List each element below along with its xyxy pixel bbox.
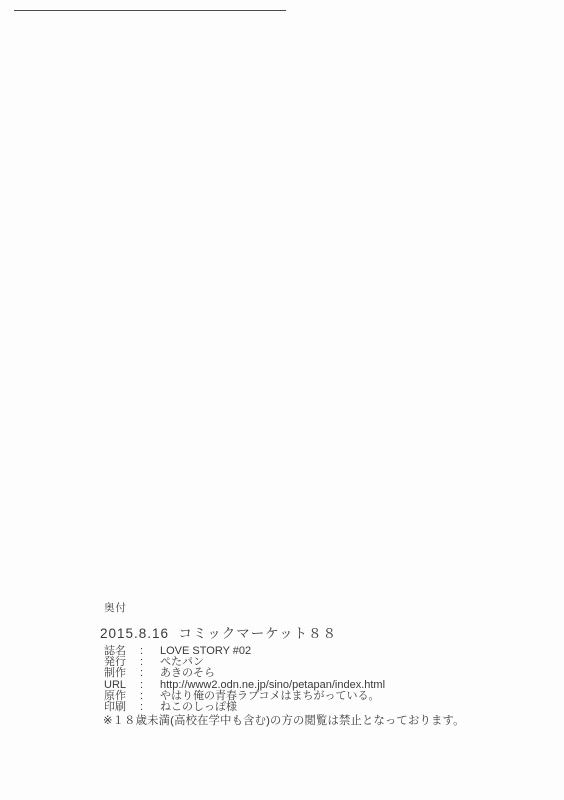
colophon-row: 原作 : やはり俺の青春ラブコメはまちがっている。 [104, 691, 385, 702]
colophon-page: 奥付 2015.8.16 コミックマーケット８８ 誌名 : LOVE STORY… [0, 0, 564, 800]
colophon-heading: 奥付 [104, 600, 127, 615]
colophon-row-separator: : [140, 668, 160, 679]
colophon-row-separator: : [140, 657, 160, 668]
age-restriction-notice: ※１８歳未満(高校在学中も含む)の方の閲覧は禁止となっております。 [103, 712, 465, 728]
colophon-row: 誌名 : LOVE STORY #02 [104, 646, 385, 657]
top-scan-line [14, 10, 286, 11]
event-date-line: 2015.8.16 コミックマーケット８８ [100, 622, 337, 642]
colophon-table: 誌名 : LOVE STORY #02 発行 : ぺたパン 制作 : あきのそら… [104, 646, 385, 713]
colophon-row-value: あきのそら [160, 668, 215, 679]
colophon-row: 制作 : あきのそら [104, 668, 385, 679]
colophon-row: 発行 : ぺたパン [104, 657, 385, 668]
colophon-row-separator: : [140, 680, 160, 691]
colophon-row-label: 制作 [104, 668, 140, 679]
colophon-row-separator: : [140, 691, 160, 702]
colophon-row-separator: : [140, 646, 160, 657]
